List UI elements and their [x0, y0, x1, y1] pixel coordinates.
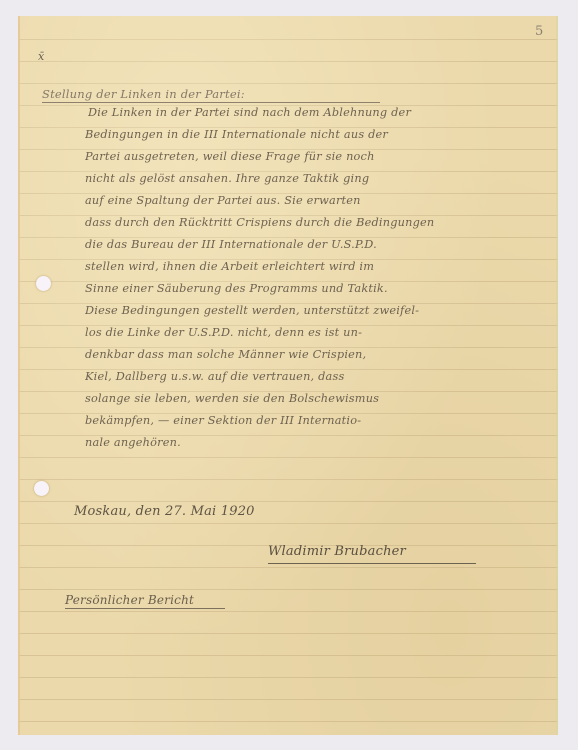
body-line: bekämpfen, — einer Sektion der III Inter…: [85, 414, 543, 427]
body-line: die das Bureau der III Internationale de…: [85, 238, 543, 251]
personal-report-note: Persönlicher Bericht: [65, 593, 225, 609]
body-line: los die Linke der U.S.P.D. nicht, denn e…: [85, 326, 543, 339]
body-line: dass durch den Rücktritt Crispiens durch…: [85, 216, 543, 229]
corner-mark: x̄: [38, 50, 44, 63]
signature: Wladimir Brubacher: [268, 544, 476, 564]
page-number: 5: [535, 24, 543, 39]
body-line: Die Linken in der Partei sind nach dem A…: [88, 106, 546, 119]
punch-hole-bottom: [34, 481, 49, 496]
body-line: stellen wird, ihnen die Arbeit erleichte…: [85, 260, 543, 273]
document-scan: 5 x̄ Stellung der Linken in der Partei: …: [0, 0, 578, 750]
body-line: Diese Bedingungen gestellt werden, unter…: [85, 304, 543, 317]
body-line: nicht als gelöst ansahen. Ihre ganze Tak…: [85, 172, 543, 185]
body-line: auf eine Spaltung der Partei aus. Sie er…: [85, 194, 543, 207]
body-line: Kiel, Dallberg u.s.w. auf die vertrauen,…: [85, 370, 543, 383]
body-line: Bedingungen in die III Internationale ni…: [85, 128, 543, 141]
body-line: solange sie leben, werden sie den Bolsch…: [85, 392, 543, 405]
letter-heading: Stellung der Linken in der Partei:: [42, 87, 380, 103]
body-line: denkbar dass man solche Männer wie Crisp…: [85, 348, 543, 361]
body-line: nale angehören.: [85, 436, 543, 449]
place-date: Moskau, den 27. Mai 1920: [74, 504, 255, 519]
punch-hole-top: [36, 276, 51, 291]
body-line: Partei ausgetreten, weil diese Frage für…: [85, 150, 543, 163]
body-line: Sinne einer Säuberung des Programms und …: [85, 282, 543, 295]
